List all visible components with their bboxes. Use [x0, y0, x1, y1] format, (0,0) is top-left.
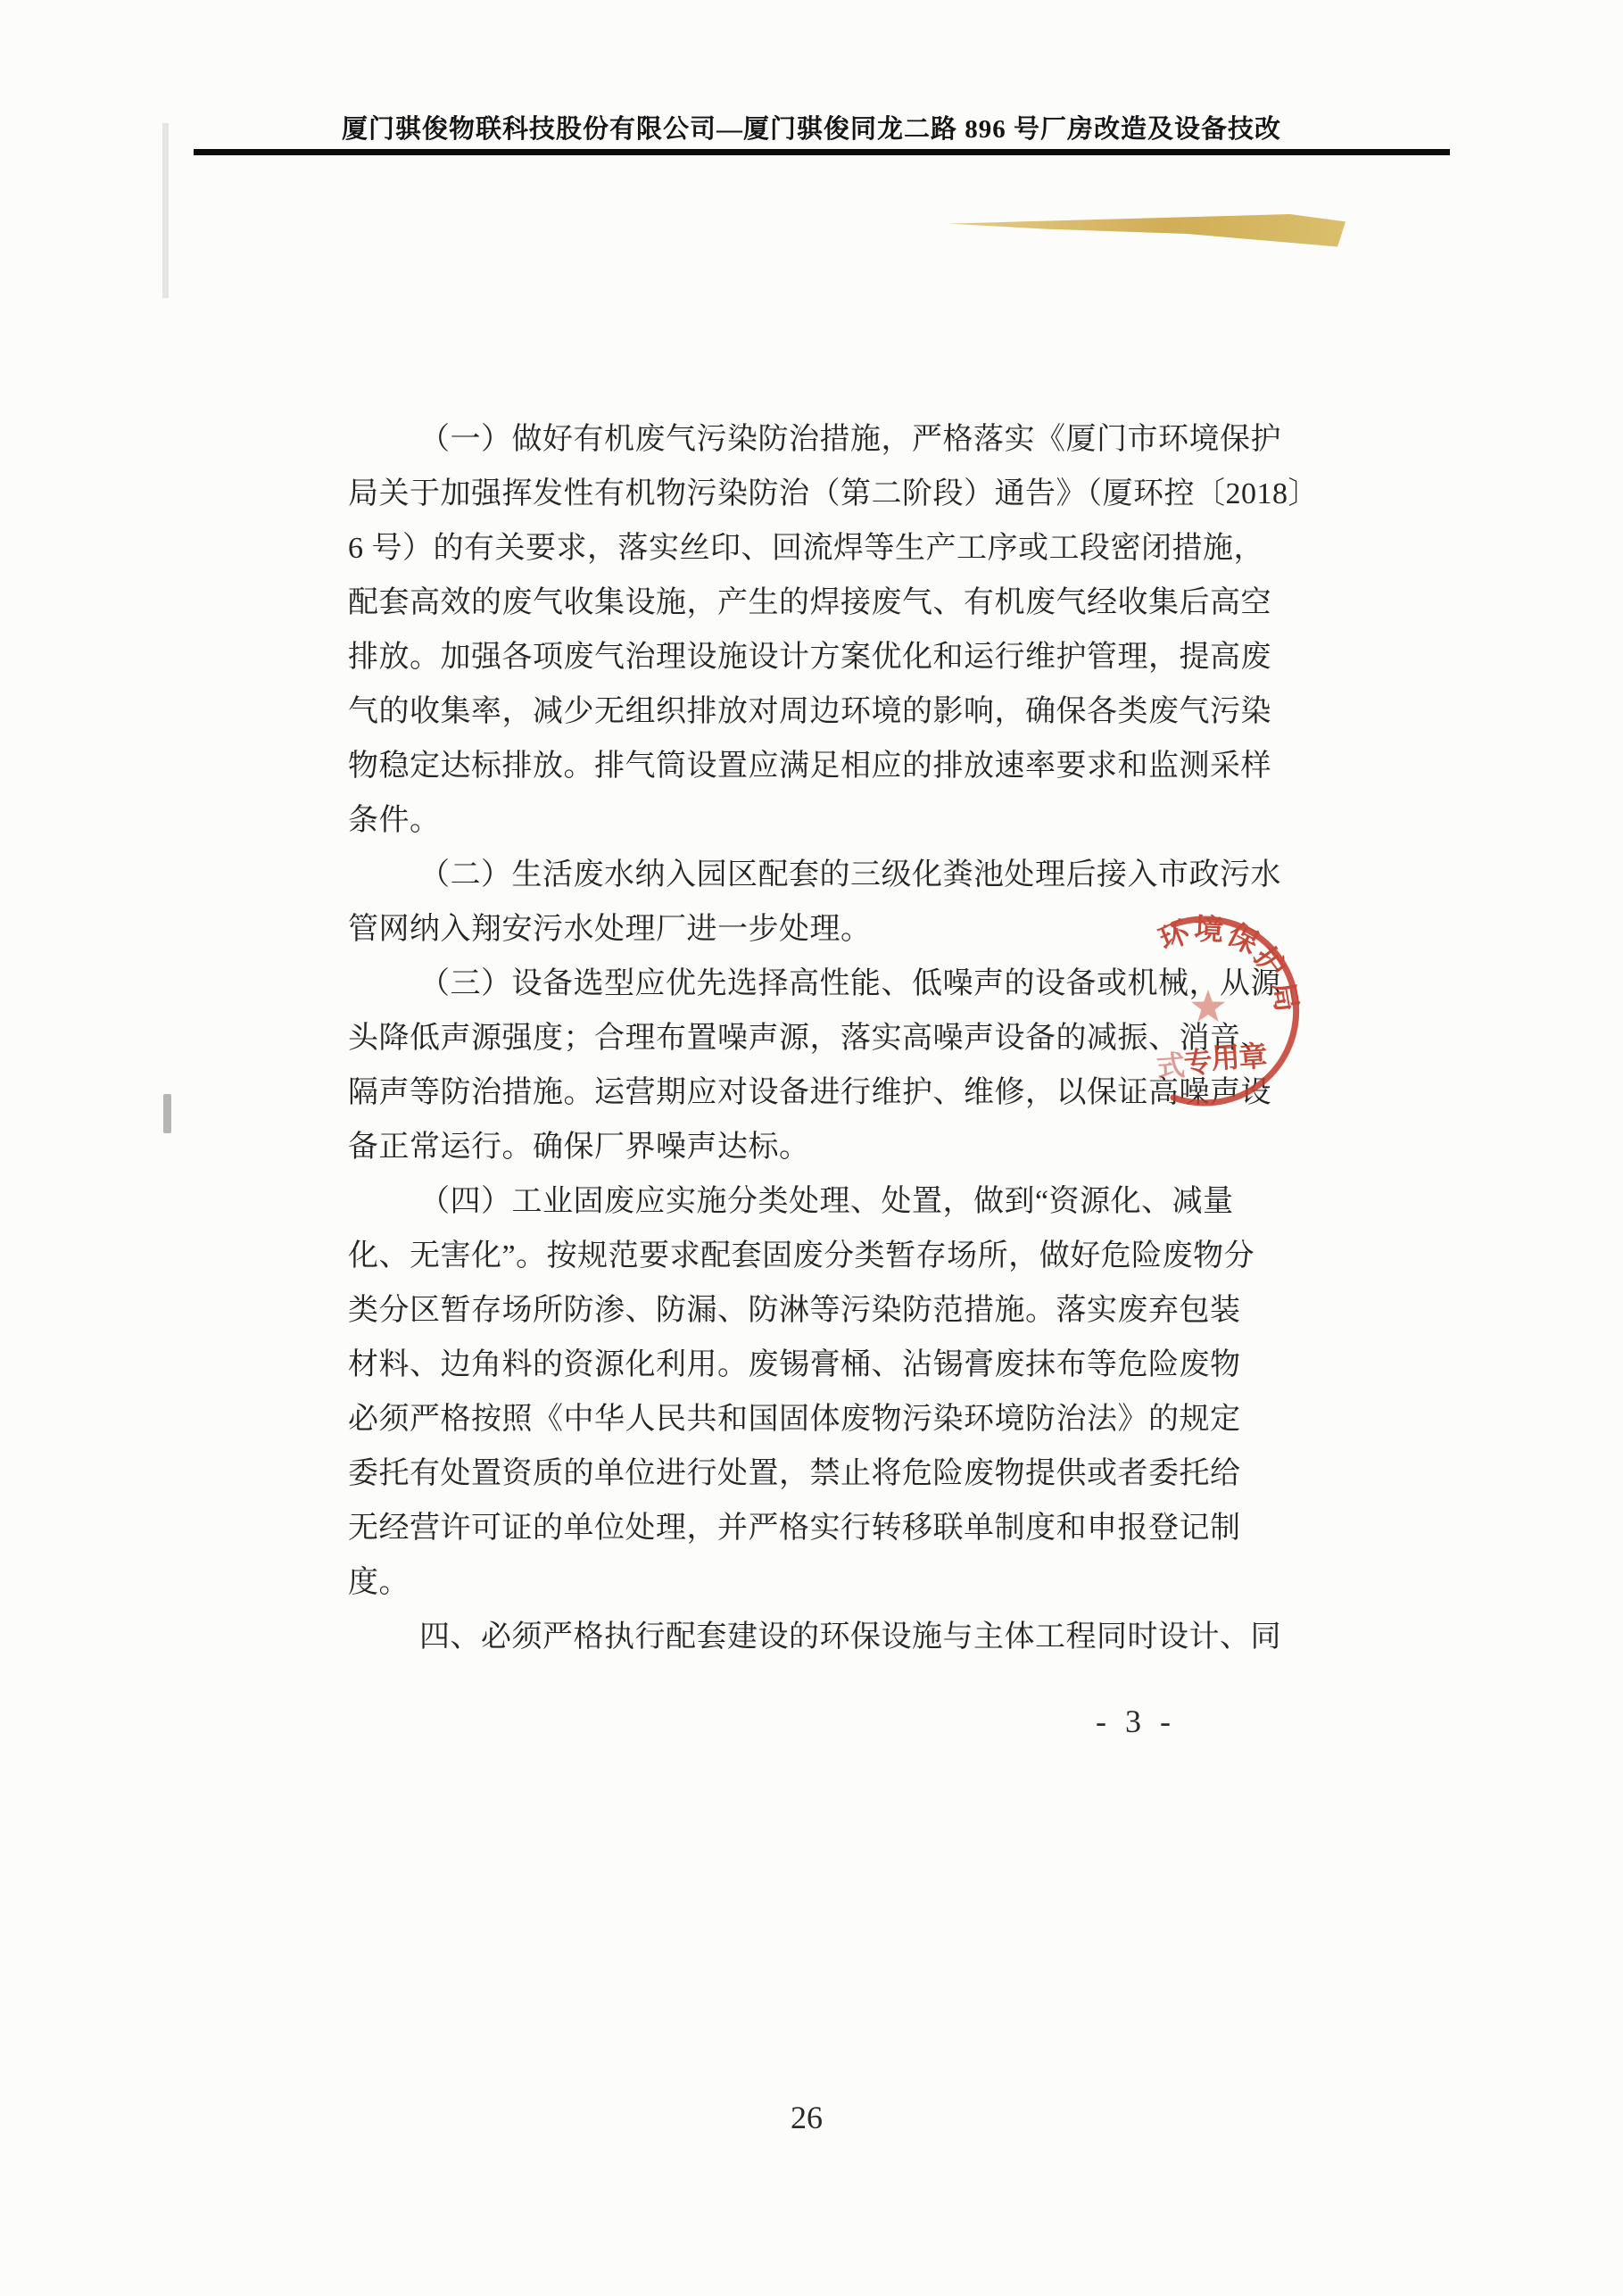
text-line: 排放。加强各项废气治理设施设计方案优化和运行维护管理，提高废	[348, 630, 1276, 684]
seal-arc-char: 局	[1265, 980, 1302, 1015]
red-approval-seal: 环 境 保 护 局 式 专 用 章	[1097, 897, 1312, 1120]
seal-bottom-char: 章	[1238, 1040, 1268, 1073]
text-line: （二）生活废水纳入园区配套的三级化粪池处理后接入市政污水	[348, 848, 1276, 902]
scan-edge-mark	[163, 1094, 171, 1133]
text-line: 配套高效的废气收集设施，产生的焊接废气、有机废气经收集后高空	[348, 576, 1276, 630]
star-icon	[1191, 990, 1225, 1022]
text-line: 化、无害化”。按规范要求配套固废分类暂存场所，做好危险废物分	[348, 1229, 1276, 1283]
scan-edge-mark	[162, 123, 169, 298]
text-line: 物稳定达标排放。排气筒设置应满足相应的排放速率要求和监测采样	[348, 739, 1276, 793]
text-line: （四）工业固废应实施分类处理、处置，做到“资源化、减量	[348, 1174, 1276, 1229]
text-line: 必须严格按照《中华人民共和国固体废物污染环境防治法》的规定	[348, 1392, 1276, 1446]
text-line: 气的收集率，减少无组织排放对周边环境的影响，确保各类废气污染	[348, 684, 1276, 739]
text-line: 度。	[348, 1555, 1276, 1610]
text-line: 委托有处置资质的单位进行处置，禁止将危险废物提供或者委托给	[348, 1446, 1276, 1501]
seal-bottom-char: 专	[1183, 1045, 1213, 1079]
text-line: 备正常运行。确保厂界噪声达标。	[348, 1120, 1276, 1174]
text-line: （一）做好有机废气污染防治措施，严格落实《厦门市环境保护	[348, 412, 1276, 467]
document-header-title: 厦门骐俊物联科技股份有限公司—厦门骐俊同龙二路 896 号厂房改造及设备技改	[0, 109, 1623, 145]
text-line: 材料、边角料的资源化利用。废锡膏桶、沾锡膏废抹布等危险废物	[348, 1338, 1276, 1392]
text-line: 四、必须严格执行配套建设的环保设施与主体工程同时设计、同	[348, 1610, 1276, 1664]
text-line: 无经营许可证的单位处理，并严格实行转移联单制度和申报登记制	[348, 1501, 1276, 1555]
page-number: 26	[791, 2099, 823, 2136]
text-line: 类分区暂存场所防渗、防漏、防淋等污染防范措施。落实废弃包装	[348, 1283, 1276, 1338]
header-rule	[194, 149, 1450, 155]
scan-smudge-artifact	[948, 214, 1346, 248]
page-marker: - 3 -	[1096, 1703, 1176, 1740]
scanned-document-page: 厦门骐俊物联科技股份有限公司—厦门骐俊同龙二路 896 号厂房改造及设备技改 （…	[0, 0, 1623, 2296]
seal-bottom-char: 用	[1210, 1040, 1240, 1074]
seal-arc-char: 境	[1193, 913, 1224, 948]
text-line: 条件。	[348, 793, 1276, 848]
text-line: 6 号）的有关要求，落实丝印、回流焊等生产工序或工段密闭措施，	[348, 521, 1276, 576]
text-line: 局关于加强挥发性有机物污染防治（第二阶段）通告》（厦环控〔2018〕	[348, 467, 1276, 521]
seal-partial-char: 式	[1155, 1049, 1186, 1083]
